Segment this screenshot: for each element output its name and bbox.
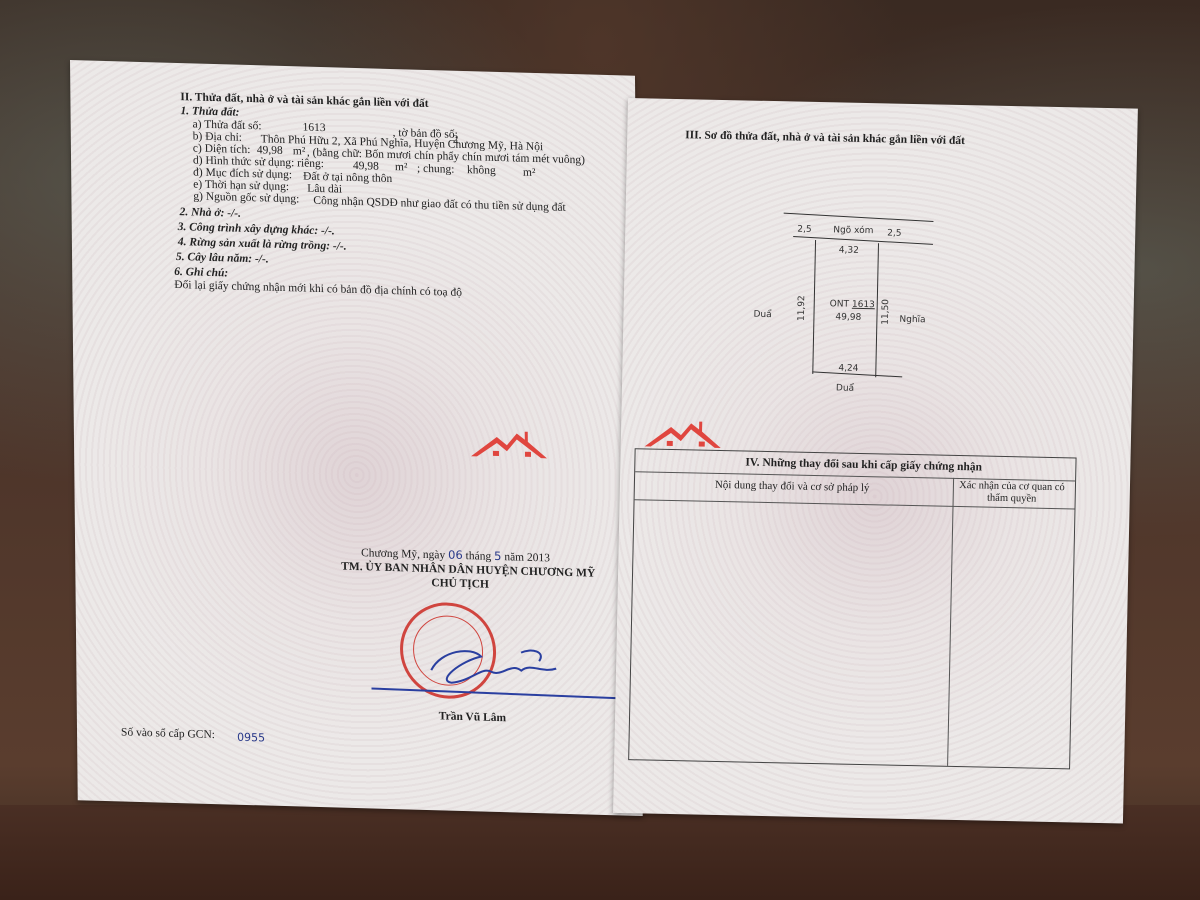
signing-day: 06: [448, 548, 463, 562]
changes-table-title: IV. Những thay đổi sau khi cấp giấy chứn…: [745, 457, 982, 475]
section-iii-title: III. Sơ đồ thửa đất, nhà ở và tài sản kh…: [685, 129, 965, 148]
neighbor-left: Duẩ: [753, 309, 771, 322]
land-code: ONT: [830, 299, 850, 309]
house-roof-logo-icon: [643, 416, 724, 452]
plot-parcel-no: 1613: [852, 300, 875, 310]
house-roof-logo-icon: [469, 426, 549, 462]
signature: [371, 628, 642, 706]
parcel-heading: 1. Thửa đất:: [180, 105, 239, 120]
plot-area: 49,98: [835, 311, 861, 325]
col-authority-confirmation: Xác nhận của cơ quan có thẩm quyền: [957, 480, 1067, 506]
signing-month: 5: [494, 549, 501, 563]
signer-name: Trần Vũ Lâm: [439, 710, 506, 725]
left-edge-length: 11,92: [796, 295, 810, 321]
register-value: 0955: [237, 731, 265, 745]
usage-shared-value: không: [467, 164, 496, 178]
usage-private-unit: m²: [395, 161, 408, 174]
origin-value: Công nhận QSDĐ như giao đất có thu tiền …: [313, 195, 565, 215]
place-date-prefix: Chương Mỹ, ngày: [361, 547, 445, 561]
year-label: năm 2013: [504, 551, 550, 564]
right-edge-length: 11,50: [880, 299, 894, 325]
item-house: 2. Nhà ở: -/-.: [179, 206, 241, 221]
plot-right-edge: [875, 243, 879, 377]
road-label: Ngõ xóm: [833, 224, 873, 238]
origin-label: g) Nguồn gốc sử dụng:: [193, 190, 299, 206]
plot-left-edge: [812, 240, 816, 374]
certificate-right-page: III. Sơ đồ thửa đất, nhà ở và tài sản kh…: [613, 98, 1138, 824]
road-width-right: 2,5: [887, 227, 902, 240]
neighbor-right: Nghĩa: [899, 314, 925, 328]
neighbor-bottom: Duẩ: [836, 382, 854, 395]
road-width-left: 2,5: [797, 224, 812, 237]
bottom-edge-length: 4,24: [838, 362, 858, 375]
certificate-left-page: II. Thửa đất, nhà ở và tài sản khác gắn …: [70, 60, 643, 816]
usage-shared-label: ; chung:: [417, 163, 455, 177]
top-edge-length: 4,32: [839, 244, 859, 257]
register-label: Số vào sổ cấp GCN:: [121, 726, 215, 742]
land-code-parcel: ONT 1613: [830, 298, 875, 312]
signer-title: CHỦ TỊCH: [431, 577, 489, 592]
changes-table: IV. Những thay đổi sau khi cấp giấy chứn…: [628, 448, 1076, 769]
road-top-line: [784, 213, 934, 222]
note-text: Đổi lại giấy chứng nhận mới khi có bản đ…: [174, 279, 462, 300]
usage-shared-unit: m²: [523, 167, 536, 180]
plot-diagram: 2,5 Ngõ xóm 2,5 4,32 4,24 11,92 11,50 ON…: [772, 211, 936, 394]
parcel-no-value: 1613: [303, 122, 326, 136]
table-column-divider: [947, 478, 954, 766]
item-perennial-trees: 5. Cây lâu năm: -/-.: [176, 251, 269, 267]
col-change-content: Nội dung thay đổi và cơ sở pháp lý: [715, 479, 870, 495]
month-label: tháng: [466, 550, 492, 563]
